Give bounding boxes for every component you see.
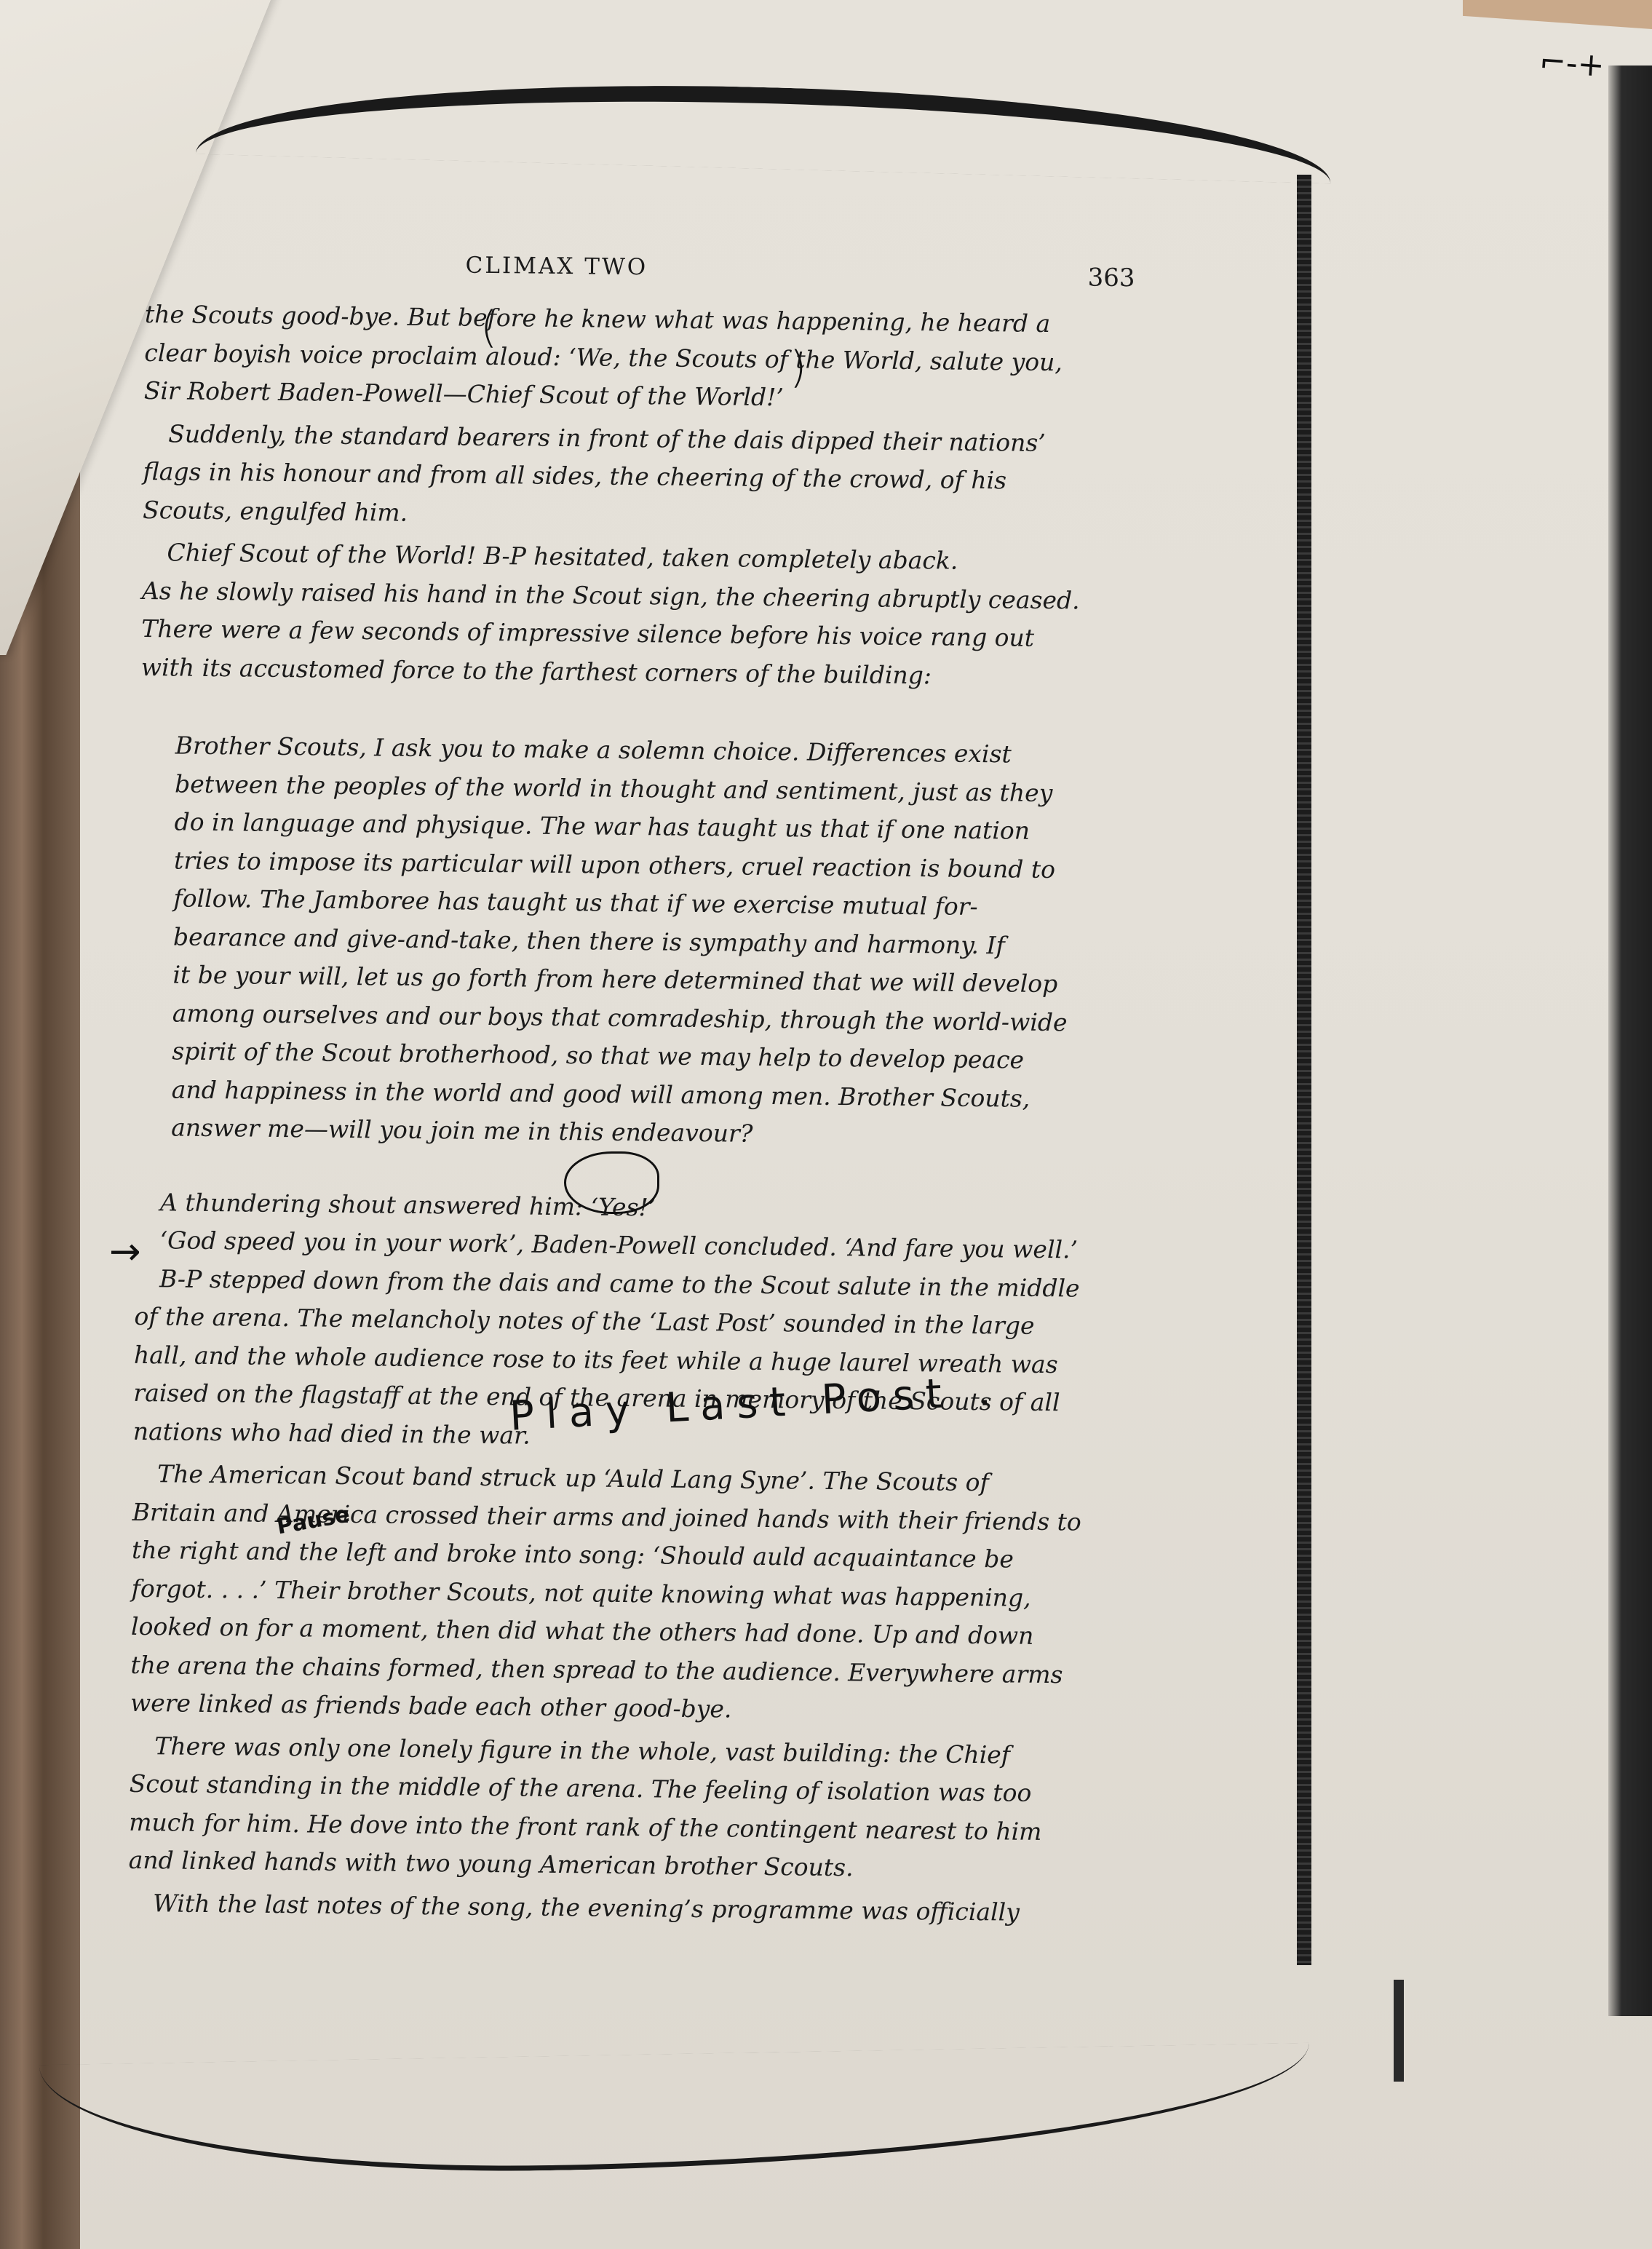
- book-page: CLIMAX TWO 363 the Scouts good-bye. But …: [128, 240, 1092, 1932]
- page-number: 363: [1087, 263, 1135, 293]
- paragraph-2: Suddenly, the standard bearers in front …: [143, 414, 1090, 539]
- paragraph-5: The American Scout band struck up ‘Auld …: [130, 1455, 1079, 1732]
- copy-border-right: [1297, 175, 1311, 1965]
- paragraph-6: There was only one lonely figure in the …: [128, 1726, 1076, 1889]
- running-head: CLIMAX TWO 363: [145, 240, 1092, 301]
- handwritten-open-bracket: (: [480, 302, 497, 353]
- paragraph-3: Chief Scout of the World! B-P hesitated,…: [141, 534, 1089, 697]
- handwritten-circle-yes: [564, 1151, 659, 1214]
- handwritten-close-bracket: ): [790, 342, 806, 393]
- paragraph-1: the Scouts good-bye. But before he knew …: [144, 295, 1092, 420]
- copy-shadow-edge: [1608, 66, 1652, 2016]
- handwritten-arrow-icon: →: [109, 1230, 141, 1274]
- speech-block-quote: Brother Scouts, I ask you to make a sole…: [136, 726, 1087, 1157]
- copy-shadow-edge-small: [1394, 1980, 1404, 2082]
- chapter-title: CLIMAX TWO: [465, 253, 648, 281]
- handwritten-corner-mark: ⌐‑+: [1538, 43, 1605, 84]
